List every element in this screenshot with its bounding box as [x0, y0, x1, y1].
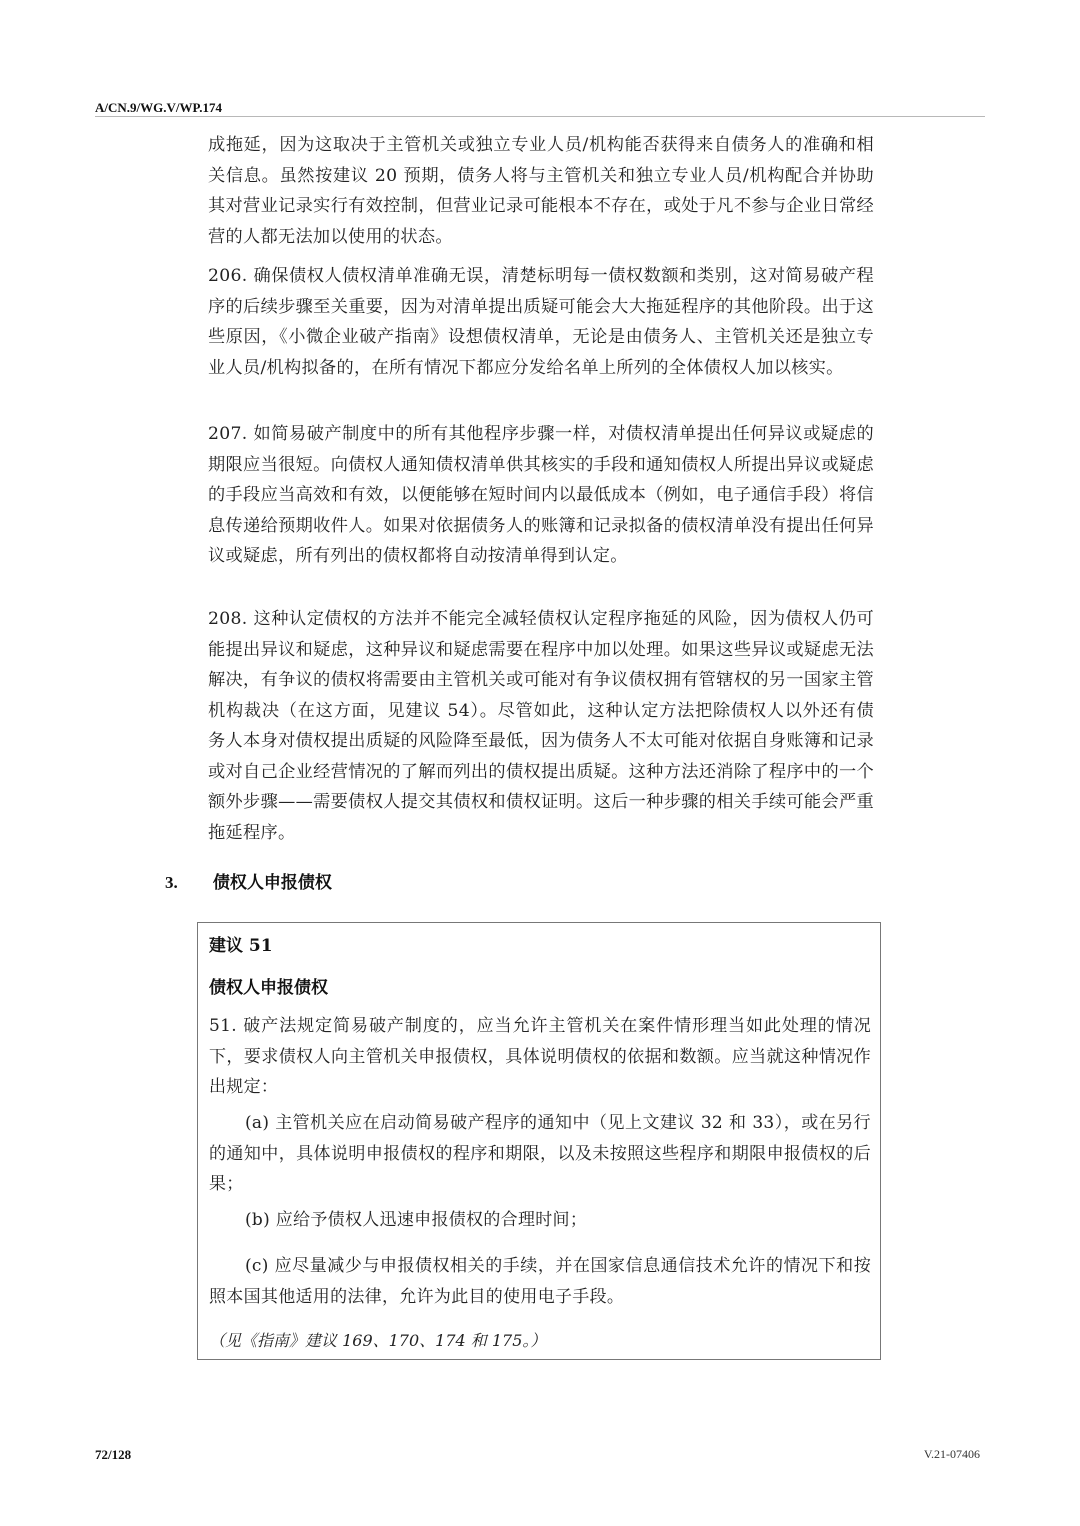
recommendation-item-b: (b) 应给予债权人迅速申报债权的合理时间； [209, 1205, 871, 1236]
page-number: 72/128 [95, 1447, 131, 1463]
paragraph-continuation: 成拖延，因为这取决于主管机关或独立专业人员/机构能否获得来自债务人的准确和相关信… [208, 130, 874, 252]
paragraph-206: 206. 确保债权人债权清单准确无误，清楚标明每一债权数额和类别，这对简易破产程… [208, 261, 874, 383]
recommendation-subtitle: 债权人申报债权 [209, 973, 328, 998]
paragraph-207: 207. 如简易破产制度中的所有其他程序步骤一样，对债权清单提出任何异议或疑虑的… [208, 419, 874, 572]
recommendation-reference: （见《指南》建议 169、170、174 和 175。） [209, 1328, 546, 1351]
recommendation-title: 建议 51 [209, 931, 273, 956]
recommendation-box: 建议 51 债权人申报债权 51. 破产法规定简易破产制度的，应当允许主管机关在… [197, 922, 881, 1360]
recommendation-item-a: (a) 主管机关应在启动简易破产程序的通知中（见上文建议 32 和 33），或在… [209, 1108, 871, 1200]
section-number: 3. [165, 873, 207, 893]
recommendation-item-c: (c) 应尽量减少与申报债权相关的手续，并在国家信息通信技术允许的情况下和按照本… [209, 1251, 871, 1312]
document-symbol: A/CN.9/WG.V/WP.174 [95, 100, 222, 116]
paragraph-208: 208. 这种认定债权的方法并不能完全减轻债权认定程序拖延的风险，因为债权人仍可… [208, 604, 874, 848]
section-title: 债权人申报债权 [213, 873, 332, 893]
header-divider [95, 116, 985, 117]
document-code: V.21-07406 [924, 1447, 980, 1462]
recommendation-intro: 51. 破产法规定简易破产制度的，应当允许主管机关在案件情形理当如此处理的情况下… [209, 1011, 871, 1103]
section-heading: 3. 债权人申报债权 [165, 868, 332, 893]
